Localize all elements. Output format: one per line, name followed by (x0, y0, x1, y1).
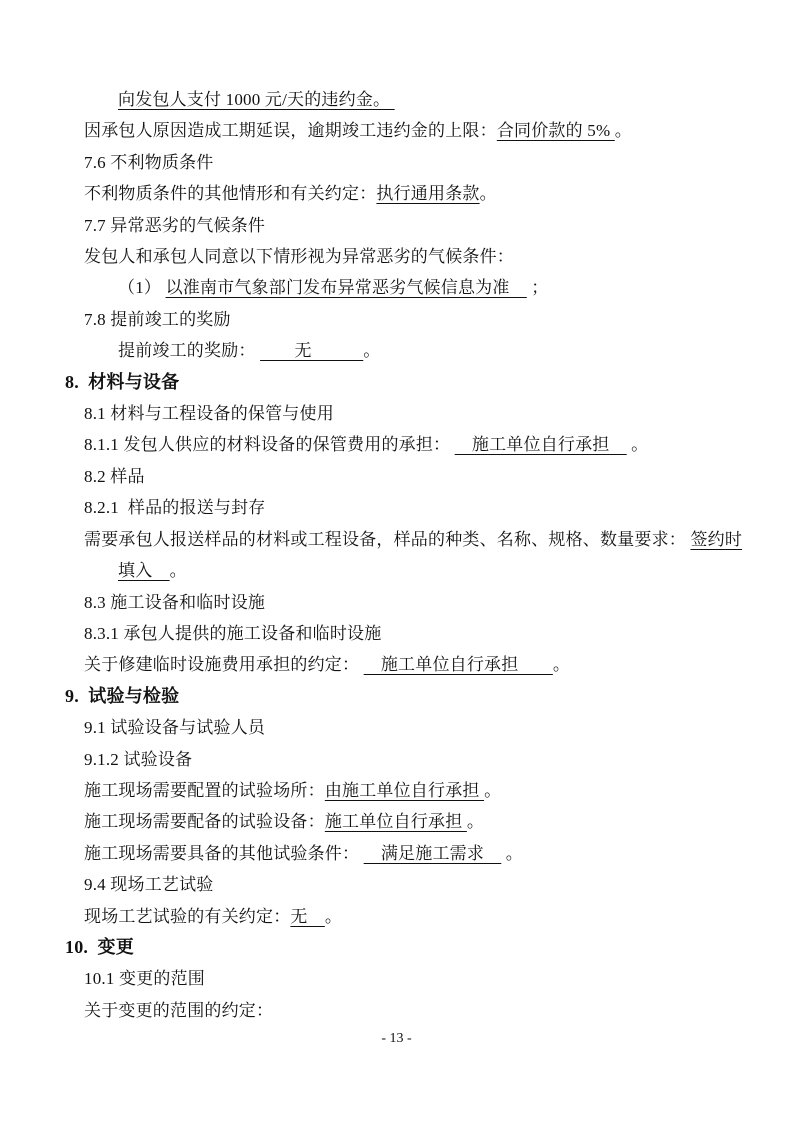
text-line: 10.1 变更的范围 (65, 963, 757, 994)
text-segment: 。 (553, 655, 570, 674)
text-line: 施工现场需要具备的其他试验条件： 满足施工需求 。 (65, 838, 757, 869)
document-lines: 向发包人支付 1000 元/天的违约金。 因承包人原因造成工期延误，逾期竣工违约… (65, 84, 757, 1026)
section-heading: 10. 变更 (65, 932, 757, 963)
text-line: 填入 。 (65, 555, 757, 586)
text-segment: 10.1 变更的范围 (84, 969, 205, 988)
text-segment: 8.3 施工设备和临时设施 (84, 593, 265, 612)
text-segment: 10. 变更 (65, 937, 134, 957)
text-line: 8.3.1 承包人提供的施工设备和临时设施 (65, 618, 757, 649)
text-segment: 不利物质条件的其他情形和有关约定： (84, 184, 376, 203)
contract-document-page: 向发包人支付 1000 元/天的违约金。 因承包人原因造成工期延误，逾期竣工违约… (0, 0, 793, 1122)
filled-blank-value: 执行通用条款 (376, 184, 479, 203)
text-line: 因承包人原因造成工期延误，逾期竣工违约金的上限：合同价款的 5% 。 (65, 115, 757, 146)
text-line: 需要承包人报送样品的材料或工程设备，样品的种类、名称、规格、数量要求： 签约时 (65, 524, 757, 555)
text-segment: 8.3.1 承包人提供的施工设备和临时设施 (84, 624, 381, 643)
text-line: 9.4 现场工艺试验 (65, 869, 757, 900)
text-segment: 因承包人原因造成工期延误，逾期竣工违约金的上限： (84, 121, 497, 140)
text-segment: 8.2.1 样品的报送与封存 (84, 498, 266, 517)
text-segment: 关于变更的范围的约定： (84, 1001, 273, 1020)
filled-blank-value: 满足施工需求 (364, 844, 502, 863)
text-segment: 。 (501, 844, 523, 863)
page-number: - 13 - (0, 1031, 793, 1047)
text-line: 7.8 提前竣工的奖励 (65, 304, 757, 335)
text-line: 向发包人支付 1000 元/天的违约金。 (65, 84, 757, 115)
text-segment: 提前竣工的奖励： (118, 341, 260, 360)
text-segment: 施工现场需要具备的其他试验条件： (84, 844, 364, 863)
text-line: 不利物质条件的其他情形和有关约定：执行通用条款。 (65, 178, 757, 209)
filled-blank-value: 填入 (118, 561, 170, 580)
filled-blank-value: 施工单位自行承担 (325, 812, 467, 831)
text-line: （1） 以淮南市气象部门发布异常恶劣气候信息为准 ； (65, 272, 757, 303)
text-line: 8.1 材料与工程设备的保管与使用 (65, 398, 757, 429)
text-segment: 需要承包人报送样品的材料或工程设备，样品的种类、名称、规格、数量要求： (84, 530, 690, 549)
text-line: 8.1.1 发包人供应的材料设备的保管费用的承担： 施工单位自行承担 。 (65, 429, 757, 460)
text-segment: 。 (627, 435, 649, 454)
text-segment: 7.7 异常恶劣的气候条件 (84, 216, 265, 235)
section-heading: 8. 材料与设备 (65, 367, 757, 398)
filled-blank-value: 以淮南市气象部门发布异常恶劣气候信息为准 (166, 278, 527, 297)
filled-blank-value: 向发包人支付 1000 元/天的违约金。 (118, 90, 395, 109)
text-segment: 9. 试验与检验 (65, 686, 179, 706)
text-line: 7.7 异常恶劣的气候条件 (65, 210, 757, 241)
text-segment: 。 (467, 812, 484, 831)
text-segment: 8.1.1 发包人供应的材料设备的保管费用的承担： (84, 435, 455, 454)
text-line: 提前竣工的奖励： 无 。 (65, 335, 757, 366)
text-line: 9.1.2 试验设备 (65, 744, 757, 775)
filled-blank-value: 由施工单位自行承担 (325, 781, 484, 800)
text-line: 9.1 试验设备与试验人员 (65, 712, 757, 743)
filled-blank-value: 无 (260, 341, 363, 360)
text-segment: 现场工艺试验的有关约定： (84, 907, 290, 926)
filled-blank-value: 无 (290, 907, 324, 926)
text-segment: 9.1.2 试验设备 (84, 750, 192, 769)
filled-blank-value: 合同价款的 5% (497, 121, 615, 140)
text-line: 7.6 不利物质条件 (65, 147, 757, 178)
text-segment: 。 (363, 341, 380, 360)
text-line: 8.2.1 样品的报送与封存 (65, 492, 757, 523)
text-segment: 7.8 提前竣工的奖励 (84, 310, 231, 329)
text-segment: 8.2 样品 (84, 467, 145, 486)
text-segment: 发包人和承包人同意以下情形视为异常恶劣的气候条件： (84, 247, 514, 266)
text-segment: （1） (118, 278, 166, 297)
text-line: 8.3 施工设备和临时设施 (65, 587, 757, 618)
text-segment: 施工现场需要配备的试验设备： (84, 812, 325, 831)
filled-blank-value: 签约时 (690, 530, 742, 549)
text-line: 施工现场需要配备的试验设备：施工单位自行承担 。 (65, 806, 757, 837)
text-line: 发包人和承包人同意以下情形视为异常恶劣的气候条件： (65, 241, 757, 272)
text-segment: 。 (484, 781, 501, 800)
filled-blank-value: 施工单位自行承担 (455, 435, 627, 454)
section-heading: 9. 试验与检验 (65, 681, 757, 712)
text-segment: 。 (480, 184, 497, 203)
text-segment: 8. 材料与设备 (65, 372, 179, 392)
text-segment: 7.6 不利物质条件 (84, 153, 214, 172)
text-segment: 9.4 现场工艺试验 (84, 875, 214, 894)
text-segment: 9.1 试验设备与试验人员 (84, 718, 265, 737)
filled-blank-value: 施工单位自行承担 (364, 655, 553, 674)
text-line: 施工现场需要配置的试验场所：由施工单位自行承担 。 (65, 775, 757, 806)
text-segment: 8.1 材料与工程设备的保管与使用 (84, 404, 334, 423)
text-line: 关于修建临时设施费用承担的约定： 施工单位自行承担 。 (65, 649, 757, 680)
text-segment: ； (527, 278, 549, 297)
text-segment: 。 (170, 561, 187, 580)
text-line: 现场工艺试验的有关约定：无 。 (65, 901, 757, 932)
text-line: 8.2 样品 (65, 461, 757, 492)
text-segment: 。 (325, 907, 342, 926)
text-segment: 关于修建临时设施费用承担的约定： (84, 655, 364, 674)
text-line: 关于变更的范围的约定： (65, 995, 757, 1026)
text-segment: 。 (615, 121, 632, 140)
text-segment: 施工现场需要配置的试验场所： (84, 781, 325, 800)
